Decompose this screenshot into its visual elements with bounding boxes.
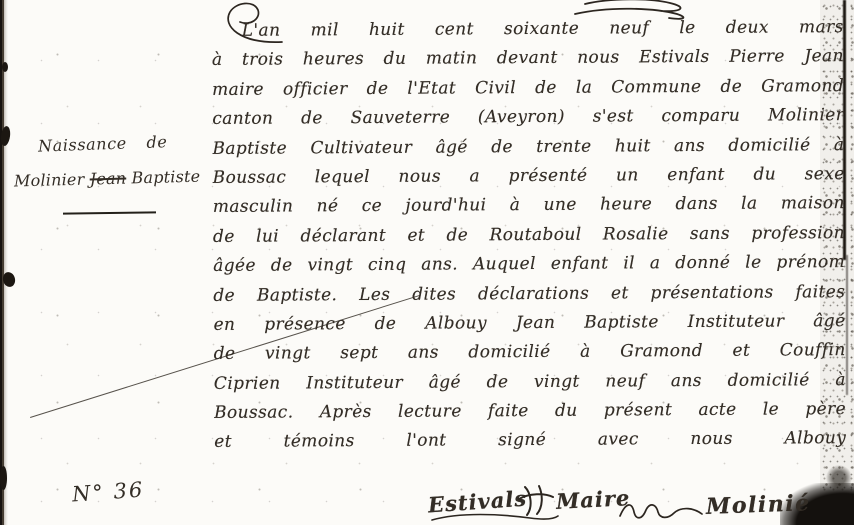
act-text-line: âgée de vingt cinq ans. Auquel enfant il… [213,248,845,281]
act-text-line: à trois heures du matin devant nous Esti… [212,42,844,75]
ink-blot [2,62,8,72]
right-page-edge-line [846,255,848,395]
act-text-line: canton de Sauveterre (Aveyron) s'est com… [212,101,844,134]
act-number: N° 36 [71,478,145,507]
act-text-line: Ciprien Instituteur âgé de vingt neuf an… [214,366,846,399]
margin-name-struck-given: Jean [89,169,126,189]
left-binding-edge [0,0,8,525]
corner-stain [826,465,852,491]
act-text-line: Boussac. Après lecture faite du présent … [214,395,846,428]
margin-name-given: Baptiste [131,167,200,188]
act-text-line: Boussac lequel nous a présenté un enfant… [213,160,845,193]
act-text-line: et témoins l'ont signé avec nous Albouy [214,425,846,458]
act-text-line: Baptiste Cultivateur âgé de trente huit … [212,131,844,164]
act-text-line: en présence de Albouy Jean Baptiste Inst… [213,307,845,340]
signature-molinie: Molinié [706,490,811,520]
act-text-line: de Baptiste. Les dites déclarations et p… [213,278,845,311]
signature-underline-flourish [430,512,560,524]
act-body-text: L'an mil huit cent soixante neuf le deux… [212,13,847,458]
margin-underline-stroke [63,211,156,214]
scanned-register-page: Naissance de Molinier Jean Baptiste N° 3… [0,0,854,525]
ink-blot [0,466,7,490]
act-text-line: masculin né ce jourd'hui à une heure dan… [213,189,845,222]
signature-squiggle-icon [616,498,706,522]
act-text-line: de lui déclarant et de Routaboul Rosalie… [213,219,845,252]
margin-note-title: Naissance de [38,131,189,155]
act-text-line: L'an mil huit cent soixante neuf le deux… [212,13,844,46]
act-text-line: maire officier de l'Etat Civil de la Com… [212,72,844,105]
act-text-line: de vingt sept ans domicilié à Gramond et… [214,336,846,369]
margin-note-name: Molinier Jean Baptiste [14,167,204,191]
margin-name-surname: Molinier [14,170,85,191]
